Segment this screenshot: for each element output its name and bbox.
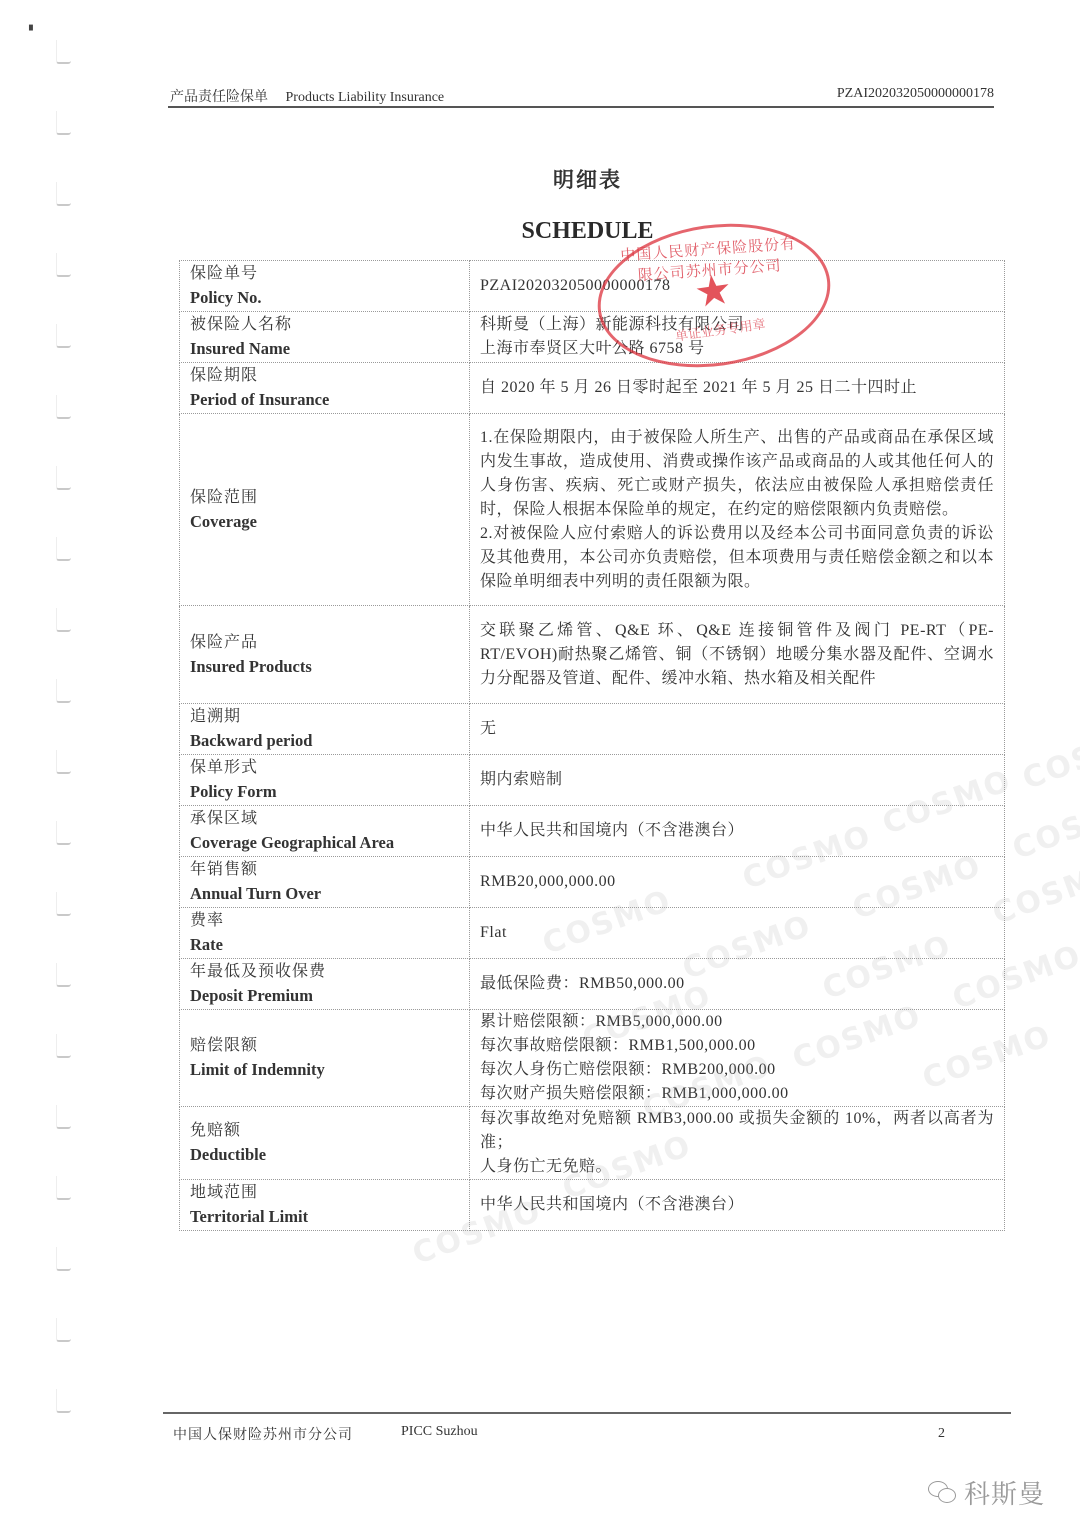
row-label-en: Policy No.	[190, 286, 459, 310]
binder-mark	[56, 1034, 71, 1058]
doc-type-en: Products Liability Insurance	[286, 90, 445, 105]
row-label-cn: 保险范围	[190, 486, 459, 510]
row-value-line: 科斯曼（上海）新能源科技有限公司	[480, 313, 994, 337]
row-label-cn: 保单形式	[190, 756, 459, 780]
row-label: 赔偿限额Limit of Indemnity	[180, 1010, 470, 1107]
row-value: 最低保险费：RMB50,000.00	[470, 959, 1005, 1010]
row-label-en: Policy Form	[190, 780, 459, 804]
title-en: SCHEDULE	[0, 218, 1080, 245]
row-label: 年销售额Annual Turn Over	[180, 857, 470, 908]
schedule-row: 地域范围Territorial Limit中华人民共和国境内（不含港澳台）	[180, 1180, 1005, 1231]
row-label-cn: 年销售额	[190, 858, 459, 882]
row-label-en: Backward period	[190, 729, 459, 753]
schedule-row: 承保区域Coverage Geographical Area中华人民共和国境内（…	[180, 806, 1005, 857]
row-value: 无	[470, 704, 1005, 755]
row-label-cn: 保险产品	[190, 631, 459, 655]
row-value-line: 累计赔偿限额：RMB5,000,000.00	[480, 1010, 994, 1034]
row-label-en: Deposit Premium	[190, 984, 459, 1008]
row-value-line: RMB20,000,000.00	[480, 870, 994, 894]
row-value: PZAI202032050000000178	[470, 261, 1005, 312]
row-value-line: 2.对被保险人应付索赔人的诉讼费用以及经本公司书面同意负责的诉讼及其他费用，本公…	[480, 522, 994, 594]
row-label-cn: 赔偿限额	[190, 1034, 459, 1058]
row-label-en: Deductible	[190, 1143, 459, 1167]
binder-mark	[56, 324, 71, 348]
row-value: 累计赔偿限额：RMB5,000,000.00每次事故赔偿限额：RMB1,500,…	[470, 1010, 1005, 1107]
row-value: RMB20,000,000.00	[470, 857, 1005, 908]
row-label: 保险期限Period of Insurance	[180, 363, 470, 414]
row-label: 追溯期Backward period	[180, 704, 470, 755]
binder-mark	[56, 111, 71, 135]
watermark: COSMO	[1008, 788, 1080, 867]
row-label-cn: 免赔额	[190, 1119, 459, 1143]
row-value-line: 自 2020 年 5 月 26 日零时起至 2021 年 5 月 25 日二十四…	[480, 376, 994, 400]
title-cn: 明细表	[0, 164, 1080, 194]
row-value-line: Flat	[480, 921, 994, 945]
row-label-cn: 保险单号	[190, 262, 459, 286]
row-label-cn: 费率	[190, 909, 459, 933]
schedule-row: 免赔额Deductible每次事故绝对免赔额 RMB3,000.00 或损失金额…	[180, 1107, 1005, 1180]
row-label-en: Insured Name	[190, 337, 459, 361]
row-label-en: Coverage Geographical Area	[190, 831, 459, 855]
binder-mark	[56, 1247, 71, 1271]
page-header: 产品责任险保单 Products Liability Insurance PZA…	[168, 84, 994, 108]
schedule-row: 保险范围Coverage1.在保险期限内，由于被保险人所生产、出售的产品或商品在…	[180, 414, 1005, 606]
row-value: 交联聚乙烯管、Q&E 环、Q&E 连接铜管件及阀门 PE-RT（PE-RT/EV…	[470, 606, 1005, 704]
binder-mark	[56, 466, 71, 490]
row-label-en: Territorial Limit	[190, 1205, 459, 1229]
row-label: 年最低及预收保费Deposit Premium	[180, 959, 470, 1010]
page-number: 2	[938, 1426, 945, 1442]
row-label: 保单形式Policy Form	[180, 755, 470, 806]
row-value-line: 每次人身伤亡赔偿限额：RMB200,000.00	[480, 1058, 994, 1082]
account-badge: 科斯曼	[928, 1474, 1045, 1510]
row-value-line: 每次事故赔偿限额：RMB1,500,000.00	[480, 1034, 994, 1058]
row-label-en: Insured Products	[190, 655, 459, 679]
footer-company-cn: 中国人保财险苏州市分公司	[173, 1424, 353, 1444]
row-value-line: PZAI202032050000000178	[480, 274, 994, 298]
row-label: 地域范围Territorial Limit	[180, 1180, 470, 1231]
schedule-row: 保险产品Insured Products交联聚乙烯管、Q&E 环、Q&E 连接铜…	[180, 606, 1005, 704]
row-value-line: 每次事故绝对免赔额 RMB3,000.00 或损失金额的 10%，两者以高者为准…	[480, 1107, 994, 1155]
schedule-row: 保险期限Period of Insurance自 2020 年 5 月 26 日…	[180, 363, 1005, 414]
row-value-line: 期内索赔制	[480, 768, 994, 792]
row-value: 科斯曼（上海）新能源科技有限公司上海市奉贤区大叶公路 6758 号	[470, 312, 1005, 363]
binder-mark	[56, 608, 71, 632]
doc-type-cn: 产品责任险保单	[170, 90, 268, 105]
schedule-row: 赔偿限额Limit of Indemnity累计赔偿限额：RMB5,000,00…	[180, 1010, 1005, 1107]
footer-company-en: PICC Suzhou	[401, 1424, 478, 1440]
page-footer: 中国人保财险苏州市分公司 PICC Suzhou 2	[163, 1412, 1011, 1414]
account-name: 科斯曼	[964, 1474, 1045, 1511]
binder-mark	[56, 537, 71, 561]
binder-mark	[56, 892, 71, 916]
row-label: 被保险人名称Insured Name	[180, 312, 470, 363]
scan-mark: ▘	[29, 26, 37, 37]
row-value: 1.在保险期限内，由于被保险人所生产、出售的产品或商品在承保区域内发生事故，造成…	[470, 414, 1005, 606]
row-label: 保险范围Coverage	[180, 414, 470, 606]
binder-mark	[56, 821, 71, 845]
row-value-line: 1.在保险期限内，由于被保险人所生产、出售的产品或商品在承保区域内发生事故，造成…	[480, 426, 994, 522]
binder-mark	[56, 395, 71, 419]
row-label-cn: 被保险人名称	[190, 313, 459, 337]
binder-mark	[56, 253, 71, 277]
row-label: 承保区域Coverage Geographical Area	[180, 806, 470, 857]
row-value-line: 中华人民共和国境内（不含港澳台）	[480, 1193, 994, 1217]
binder-holes	[56, 40, 76, 1500]
watermark: COSMO	[1018, 718, 1080, 797]
binder-mark	[56, 40, 71, 64]
row-value: 每次事故绝对免赔额 RMB3,000.00 或损失金额的 10%，两者以高者为准…	[470, 1107, 1005, 1180]
row-label: 保险产品Insured Products	[180, 606, 470, 704]
row-label-en: Rate	[190, 933, 459, 957]
row-value-line: 人身伤亡无免赔。	[480, 1155, 994, 1179]
row-label-cn: 追溯期	[190, 705, 459, 729]
row-label-cn: 承保区域	[190, 807, 459, 831]
row-value-line: 中华人民共和国境内（不含港澳台）	[480, 819, 994, 843]
row-value-line: 无	[480, 717, 994, 741]
row-label: 费率Rate	[180, 908, 470, 959]
row-label-en: Limit of Indemnity	[190, 1058, 459, 1082]
row-value-line: 上海市奉贤区大叶公路 6758 号	[480, 337, 994, 361]
binder-mark	[56, 1176, 71, 1200]
row-value: 中华人民共和国境内（不含港澳台）	[470, 1180, 1005, 1231]
header-policy-number: PZAI202032050000000178	[837, 86, 994, 102]
schedule-row: 保单形式Policy Form期内索赔制	[180, 755, 1005, 806]
schedule-row: 年最低及预收保费Deposit Premium最低保险费：RMB50,000.0…	[180, 959, 1005, 1010]
schedule-row: 被保险人名称Insured Name科斯曼（上海）新能源科技有限公司上海市奉贤区…	[180, 312, 1005, 363]
binder-mark	[56, 1389, 71, 1413]
row-value: 自 2020 年 5 月 26 日零时起至 2021 年 5 月 25 日二十四…	[470, 363, 1005, 414]
schedule-row: 追溯期Backward period无	[180, 704, 1005, 755]
row-value: Flat	[470, 908, 1005, 959]
row-label-cn: 地域范围	[190, 1181, 459, 1205]
schedule-table: 保险单号Policy No.PZAI202032050000000178被保险人…	[179, 260, 1005, 1231]
row-label: 保险单号Policy No.	[180, 261, 470, 312]
row-value-line: 最低保险费：RMB50,000.00	[480, 972, 994, 996]
row-label-en: Annual Turn Over	[190, 882, 459, 906]
binder-mark	[56, 1105, 71, 1129]
binder-mark	[56, 963, 71, 987]
wechat-icon	[928, 1479, 958, 1505]
row-value: 期内索赔制	[470, 755, 1005, 806]
schedule-row: 保险单号Policy No.PZAI202032050000000178	[180, 261, 1005, 312]
schedule-row: 年销售额Annual Turn OverRMB20,000,000.00	[180, 857, 1005, 908]
row-label: 免赔额Deductible	[180, 1107, 470, 1180]
row-label-cn: 保险期限	[190, 364, 459, 388]
schedule-row: 费率RateFlat	[180, 908, 1005, 959]
binder-mark	[56, 1318, 71, 1342]
row-value-line: 交联聚乙烯管、Q&E 环、Q&E 连接铜管件及阀门 PE-RT（PE-RT/EV…	[480, 619, 994, 691]
row-value: 中华人民共和国境内（不含港澳台）	[470, 806, 1005, 857]
row-label-en: Coverage	[190, 510, 459, 534]
binder-mark	[56, 750, 71, 774]
row-label-en: Period of Insurance	[190, 388, 459, 412]
row-value-line: 每次财产损失赔偿限额：RMB1,000,000.00	[480, 1082, 994, 1106]
binder-mark	[56, 679, 71, 703]
row-label-cn: 年最低及预收保费	[190, 960, 459, 984]
